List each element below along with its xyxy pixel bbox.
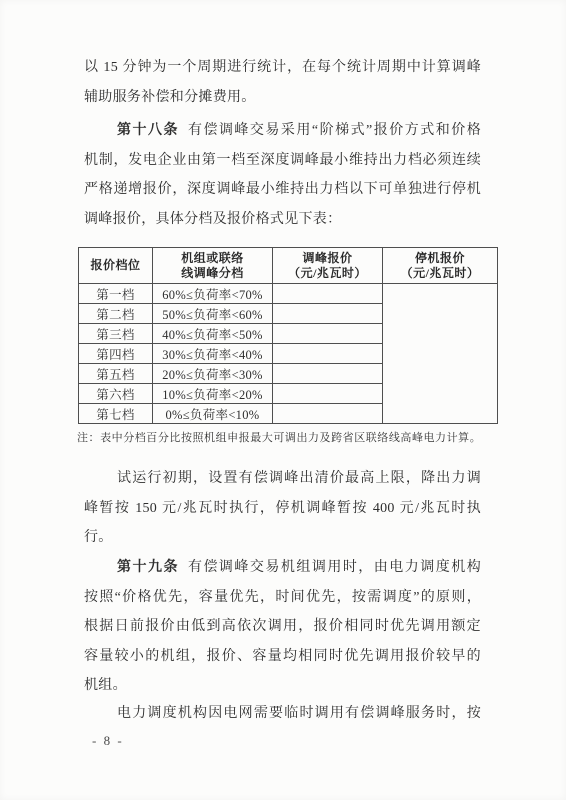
range-cell: 0%≤负荷率<10% (153, 404, 273, 424)
text-line: 电力调度机构因电网需要临时调用有偿调峰服务时，按 (84, 699, 481, 729)
text-line: 第十八条有偿调峰交易采用“阶梯式”报价方式和价格 (84, 116, 481, 146)
peak-price-cell (273, 344, 383, 364)
text-line: 容量较小的机组，报价、容量均相同时优先调用报价较早的 (84, 642, 481, 672)
tier-cell: 第六档 (79, 384, 153, 404)
peak-price-cell (273, 384, 383, 404)
paragraph-dispatch: 电力调度机构因电网需要临时调用有偿调峰服务时，按 (84, 699, 481, 729)
tier-cell: 第二档 (79, 304, 153, 324)
text-line: 根据日前报价由低到高依次调用，报价相同时优先调用额定 (84, 612, 481, 642)
article-18-lead: 有偿调峰交易采用“阶梯式”报价方式和价格 (188, 123, 481, 138)
page-number: - 8 - (92, 733, 124, 749)
shutdown-price-cell (383, 284, 498, 424)
header-peak-price: 调峰报价（元/兆瓦时） (273, 248, 383, 284)
paragraph-article-18: 第十八条有偿调峰交易采用“阶梯式”报价方式和价格 机制，发电企业由第一档至深度调… (84, 116, 481, 234)
text-line: 行。 (84, 523, 481, 553)
text-line: 以 15 分钟为一个周期进行统计，在每个统计周期中计算调峰 (84, 53, 481, 83)
paragraph-article-19: 第十九条有偿调峰交易机组调用时，由电力调度机构 按照“价格优先，容量优先，时间优… (84, 553, 481, 701)
range-cell: 40%≤负荷率<50% (153, 324, 273, 344)
article-19-heading: 第十九条 (117, 560, 179, 575)
text-line: 机制，发电企业由第一档至深度调峰最小维持出力档必须连续 (84, 146, 481, 176)
range-cell: 20%≤负荷率<30% (153, 364, 273, 384)
paragraph-continuation: 以 15 分钟为一个周期进行统计，在每个统计周期中计算调峰 辅助服务补偿和分摊费… (84, 53, 481, 112)
text-line: 辅助服务补偿和分摊费用。 (84, 83, 481, 113)
text-line: 调峰报价，具体分档及报价格式见下表： (84, 205, 481, 235)
tier-cell: 第七档 (79, 404, 153, 424)
article-19-lead: 有偿调峰交易机组调用时，由电力调度机构 (188, 560, 481, 575)
peak-price-cell (273, 284, 383, 304)
header-tier: 报价档位 (79, 248, 153, 284)
range-cell: 50%≤负荷率<60% (153, 304, 273, 324)
peak-price-cell (273, 364, 383, 384)
peak-price-cell (273, 304, 383, 324)
peak-price-cell (273, 324, 383, 344)
text-line: 严格递增报价，深度调峰最小维持出力档以下可单独进行停机 (84, 175, 481, 205)
text-line: 按照“价格优先，容量优先，时间优先，按需调度”的原则， (84, 583, 481, 613)
text-line: 试运行初期，设置有偿调峰出清价最高上限，降出力调 (84, 464, 481, 494)
tier-cell: 第五档 (79, 364, 153, 384)
range-cell: 60%≤负荷率<70% (153, 284, 273, 304)
header-shutdown-price: 停机报价（元/兆瓦时） (383, 248, 498, 284)
paragraph-trial-pricing: 试运行初期，设置有偿调峰出清价最高上限，降出力调 峰暂按 150 元/兆瓦时执行… (84, 464, 481, 553)
table-header-row: 报价档位 机组或联络线调峰分档 调峰报价（元/兆瓦时） 停机报价（元/兆瓦时） (79, 248, 498, 284)
text-line: 第十九条有偿调峰交易机组调用时，由电力调度机构 (84, 553, 481, 583)
tier-cell: 第四档 (79, 344, 153, 364)
header-range: 机组或联络线调峰分档 (153, 248, 273, 284)
document-page: 以 15 分钟为一个周期进行统计，在每个统计周期中计算调峰 辅助服务补偿和分摊费… (0, 0, 566, 800)
tier-cell: 第一档 (79, 284, 153, 304)
range-cell: 10%≤负荷率<20% (153, 384, 273, 404)
range-cell: 30%≤负荷率<40% (153, 344, 273, 364)
table-footnote: 注：表中分档百分比按照机组申报最大可调出力及跨省区联络线高峰电力计算。 (77, 429, 505, 447)
table-row: 第一档 60%≤负荷率<70% (79, 284, 498, 304)
text-line: 峰暂按 150 元/兆瓦时执行，停机调峰暂按 400 元/兆瓦时执 (84, 494, 481, 524)
tier-cell: 第三档 (79, 324, 153, 344)
article-18-heading: 第十八条 (117, 123, 179, 138)
pricing-tiers-table: 报价档位 机组或联络线调峰分档 调峰报价（元/兆瓦时） 停机报价（元/兆瓦时） … (78, 247, 498, 424)
text-line: 机组。 (84, 671, 481, 701)
peak-price-cell (273, 404, 383, 424)
